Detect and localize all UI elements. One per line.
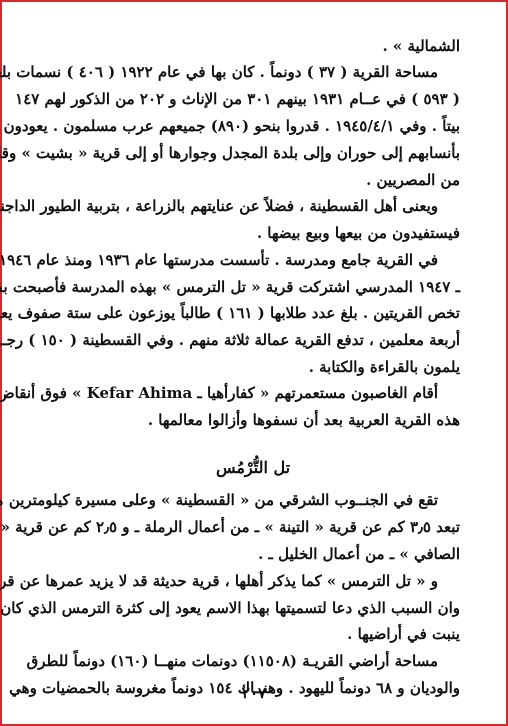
text-line: ـ ١٩٤٧ المدرسي اشتركت قرية « تل الترمس »…: [46, 277, 460, 297]
text-line: أربعة معلمين ، تدفع القرية عمالة ثلاثة م…: [46, 330, 460, 350]
text-line: بأنسابهم إلى حوران وإلى بلدة المجدل وجوا…: [46, 143, 460, 163]
text-line: فيستفيدون من بيعها وبيع بيضها .: [46, 223, 460, 243]
latin-name: Kefar Ahima: [87, 384, 192, 402]
page-number: ٢٠٧: [2, 684, 506, 702]
text-line: مساحة أراضي القريـة (١١٥٠٨) دونمات منهــ…: [46, 651, 460, 671]
section-heading: تل التُّرْمُس: [46, 458, 460, 477]
book-page: الشمالية » . مساحة القرية ( ٣٧ ) دونماً …: [0, 0, 508, 726]
text-line: تقع في الجنــوب الشرقي من « القسطينة » و…: [46, 490, 460, 510]
text-line: مساحة القرية ( ٣٧ ) دونماً . كان بها في …: [46, 62, 460, 82]
text-line: ويعنى أهل القسطينة ، فضلاً عن عنايتهم با…: [46, 196, 460, 216]
text-segment: » فوق أنقاض: [0, 384, 82, 402]
text-line: في القرية جامع ومدرسة . تأسست مدرستها عا…: [46, 250, 460, 270]
text-segment: أقام الغاصبون مستعمرتهم « كفارأهيا ـ: [197, 384, 438, 402]
text-line: هذه القرية العربية بعد أن نسفوها وأزالوا…: [46, 410, 460, 430]
text-line: الصافي » ـ من أعمال الخليل ـ .: [46, 544, 460, 564]
text-line: الشمالية » .: [46, 36, 460, 56]
text-line: تبعد ٣٫٥ كم عن قرية « التينة » ـ من أعما…: [46, 517, 460, 537]
text-line-with-latin: أقام الغاصبون مستعمرتهم « كفارأهيا ـ Kef…: [46, 383, 460, 403]
text-line: وان السبب الذي دعا لتسميتها بهذا الاسم ي…: [46, 598, 460, 618]
text-line: ينبت في أراضيها .: [46, 624, 460, 644]
text-line: و « تل الترمس » كما يذكر أهلها ، قرية حد…: [46, 571, 460, 591]
text-line: ( ٥٩٣ ) في عــام ١٩٣١ بينهم ٣٠١ من الإنا…: [46, 89, 460, 109]
text-line: بيتاً . وفي ١٩٤٥/٤/١ . قدروا بنحو (٨٩٠) …: [46, 116, 460, 136]
text-line: من المصريين .: [46, 170, 460, 190]
text-line: تخص القريتين . بلغ عدد طلابها ( ١٦١ ) طا…: [46, 303, 460, 323]
text-line: يلمون بالقراءة والكتابة .: [46, 357, 460, 377]
